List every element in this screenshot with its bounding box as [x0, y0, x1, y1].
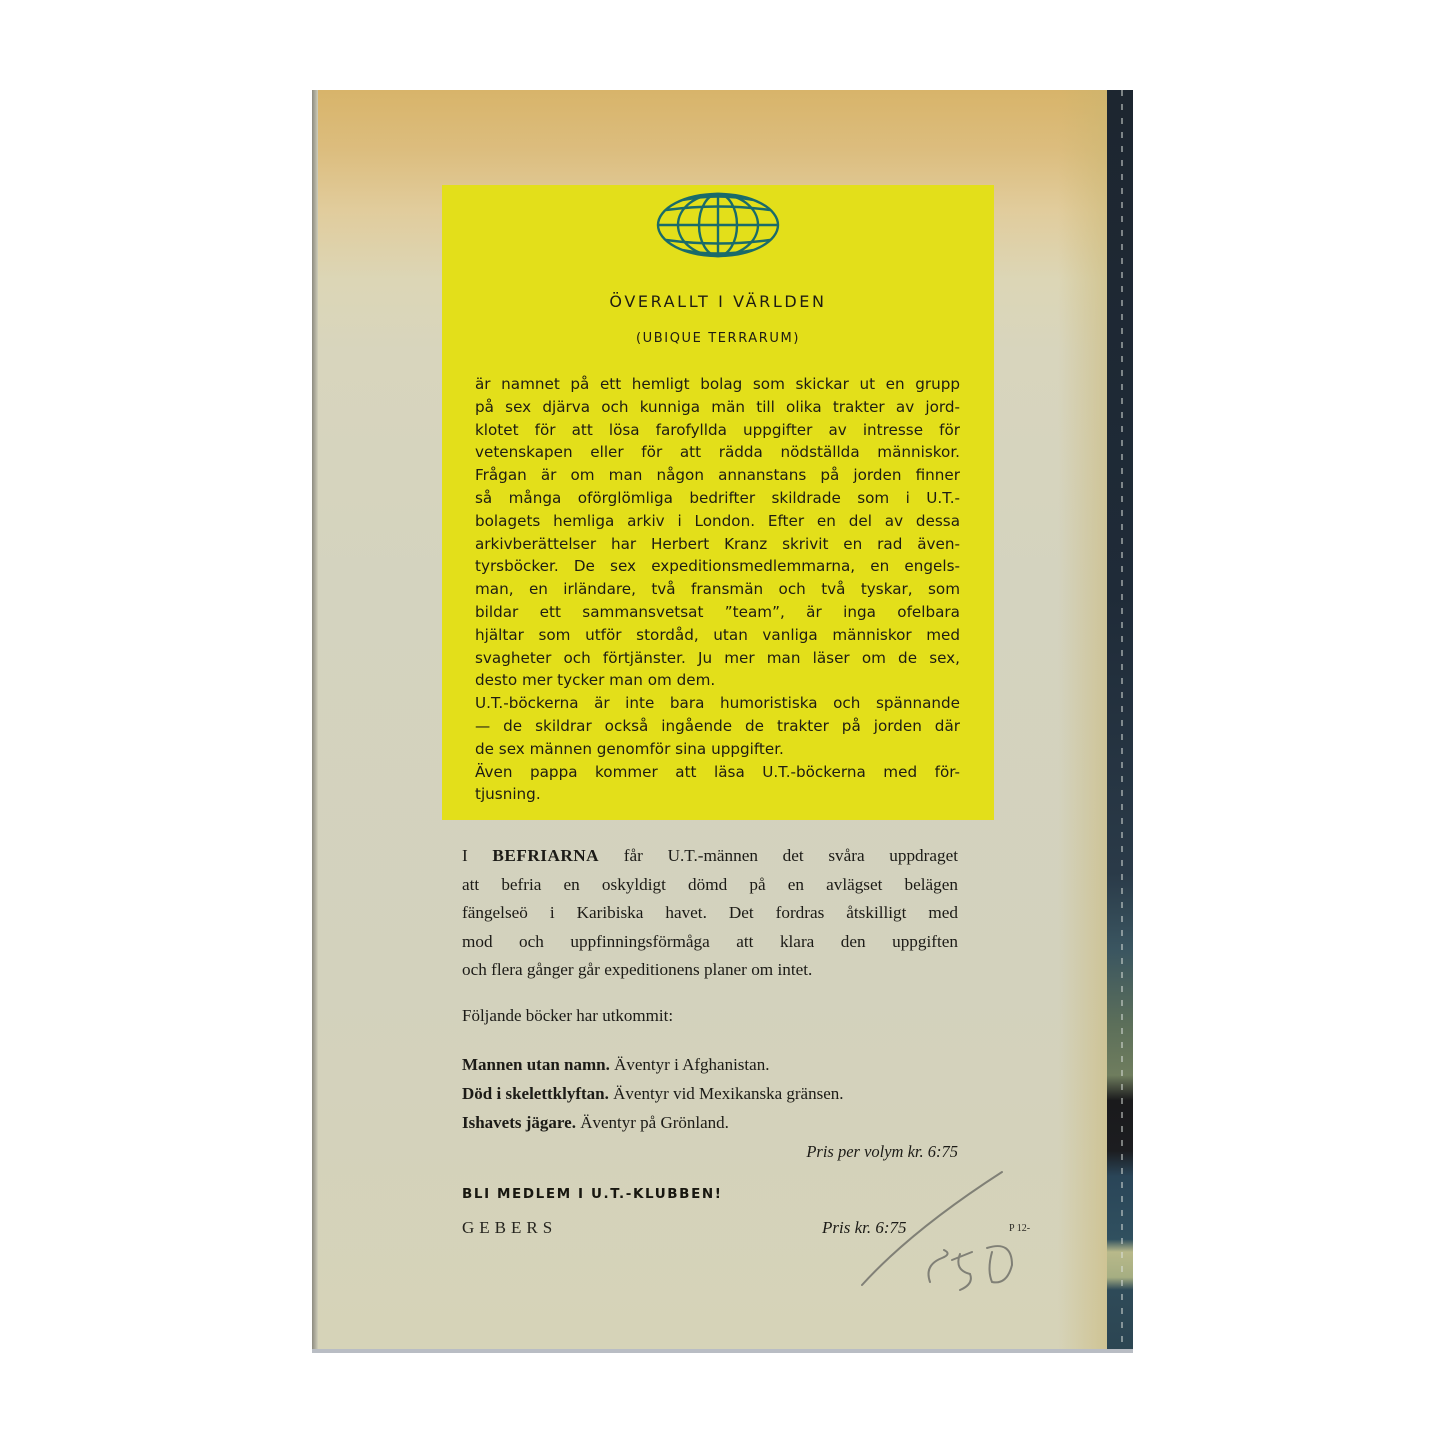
book-left-edge — [312, 90, 318, 1353]
description-line: tjusning. — [475, 783, 960, 806]
book-description: I BEFRIARNA får U.T.-männen det svåra up… — [462, 842, 958, 985]
description-line: mod och uppfinningsförmåga att klara den… — [462, 928, 958, 957]
info-box: ÖVERALLT I VÄRLDEN (UBIQUE TERRARUM) är … — [442, 185, 994, 820]
list-item: Ishavets jägare. Äventyr på Grönland. — [462, 1108, 958, 1137]
book-back-cover: ÖVERALLT I VÄRLDEN (UBIQUE TERRARUM) är … — [312, 90, 1133, 1353]
handwritten-price-mark — [852, 1170, 1032, 1300]
description-line: på sex djärva och kunniga män till olika… — [475, 396, 960, 419]
cover-shading — [1058, 90, 1108, 1353]
description-line: de sex männen genomför sina uppgifter. — [475, 738, 960, 761]
description-line: att befria en oskyldigt dömd på en avläg… — [462, 871, 958, 900]
description-line: desto mer tycker man om dem. — [475, 669, 960, 692]
description-line: tyrsböcker. De sex expeditionsmedlemmarn… — [475, 555, 960, 578]
publisher-name: GEBERS — [462, 1218, 557, 1238]
description-line: vetenskapen eller för att rädda nödställ… — [475, 441, 960, 464]
description-line: — de skildrar också ingående de trakter … — [475, 715, 960, 738]
description-line: är namnet på ett hemligt bolag som skick… — [475, 373, 960, 396]
published-heading: Följande böcker har utkommit: — [462, 1006, 958, 1026]
description-line: hjältar som utför stordåd, utan vanliga … — [475, 624, 960, 647]
description-line: U.T.-böckerna är inte bara humoristiska … — [475, 692, 960, 715]
description-line: I BEFRIARNA får U.T.-männen det svåra up… — [462, 842, 958, 871]
description-line: och flera gånger går expeditionens plane… — [462, 956, 958, 985]
globe-icon — [655, 191, 781, 259]
series-title: ÖVERALLT I VÄRLDEN — [442, 292, 994, 311]
published-books-list: Mannen utan namn. Äventyr i Afghanistan.… — [462, 1050, 958, 1137]
list-item: Mannen utan namn. Äventyr i Afghanistan. — [462, 1050, 958, 1079]
series-subtitle: (UBIQUE TERRARUM) — [442, 331, 994, 346]
description-line: bolagets hemliga arkiv i London. Efter e… — [475, 510, 960, 533]
book-title: BEFRIARNA — [492, 846, 599, 865]
list-item: Död i skelettklyftan. Äventyr vid Mexika… — [462, 1079, 958, 1108]
club-cta: BLI MEDLEM I U.T.-KLUBBEN! — [462, 1186, 723, 1202]
price-per-volume: Pris per volym kr. 6:75 — [462, 1142, 958, 1162]
description-line: Även pappa kommer att läsa U.T.-böckerna… — [475, 761, 960, 784]
description-line: Frågan är om man någon annanstans på jor… — [475, 464, 960, 487]
book-spine — [1107, 90, 1133, 1353]
description-line: så många oförglömliga bedrifter skildrad… — [475, 487, 960, 510]
description-line: man, en irländare, två fransmän och två … — [475, 578, 960, 601]
description-line: fängelseö i Karibiska havet. Det fordras… — [462, 899, 958, 928]
book-bottom-edge — [312, 1349, 1133, 1353]
description-line: bildar ett sammansvetsat ”team”, är inga… — [475, 601, 960, 624]
series-description: är namnet på ett hemligt bolag som skick… — [475, 373, 960, 806]
description-line: svagheter och förtjänster. Ju mer man lä… — [475, 647, 960, 670]
description-line: klotet för att lösa farofyllda uppgifter… — [475, 419, 960, 442]
description-line: arkivberättelser har Herbert Kranz skriv… — [475, 533, 960, 556]
